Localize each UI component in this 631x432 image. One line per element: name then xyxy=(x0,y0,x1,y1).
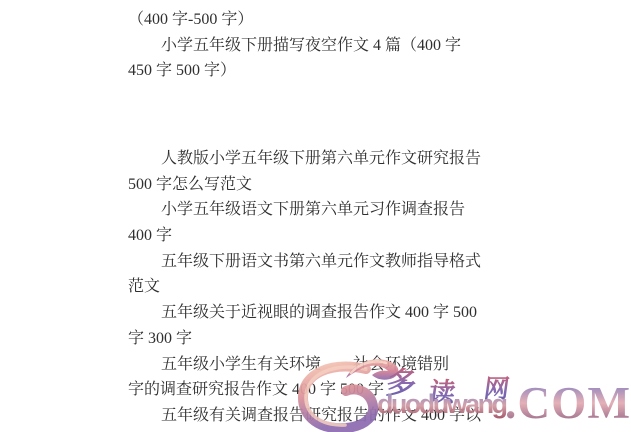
document-line: 五年级小学生有关环境 社会环境错别 xyxy=(128,352,513,378)
document-line: 500 字怎么写范文 xyxy=(128,172,513,198)
document-line: 小学五年级下册描写夜空作文 4 篇（400 字 xyxy=(128,33,513,59)
document-line: 范文 xyxy=(128,274,513,300)
document-line: 400 字 xyxy=(128,223,513,249)
document-line: 450 字 500 字） xyxy=(128,58,513,84)
domain-suffix-text: .COM xyxy=(505,378,630,428)
document-line: 人教版小学五年级下册第六单元作文研究报告 xyxy=(128,146,513,172)
document-line: （400 字-500 字） xyxy=(128,7,513,33)
text-block-2: 人教版小学五年级下册第六单元作文研究报告500 字怎么写范文小学五年级语文下册第… xyxy=(128,146,513,429)
document-line: 字的调查研究报告作文 400 字 500 字 xyxy=(128,377,513,403)
document-line: 字 300 字 xyxy=(128,326,513,352)
document-line: 小学五年级语文下册第六单元习作调查报告 xyxy=(128,197,513,223)
document-line: 五年级下册语文书第六单元作文教师指导格式 xyxy=(128,249,513,275)
document-line: 五年级有关调查报告研究报告的作文 400 字以 xyxy=(128,403,513,429)
text-block-1: （400 字-500 字）小学五年级下册描写夜空作文 4 篇（400 字450 … xyxy=(128,7,513,84)
document-page: （400 字-500 字）小学五年级下册描写夜空作文 4 篇（400 字450 … xyxy=(0,0,631,432)
document-line: 五年级关于近视眼的调查报告作文 400 字 500 xyxy=(128,300,513,326)
